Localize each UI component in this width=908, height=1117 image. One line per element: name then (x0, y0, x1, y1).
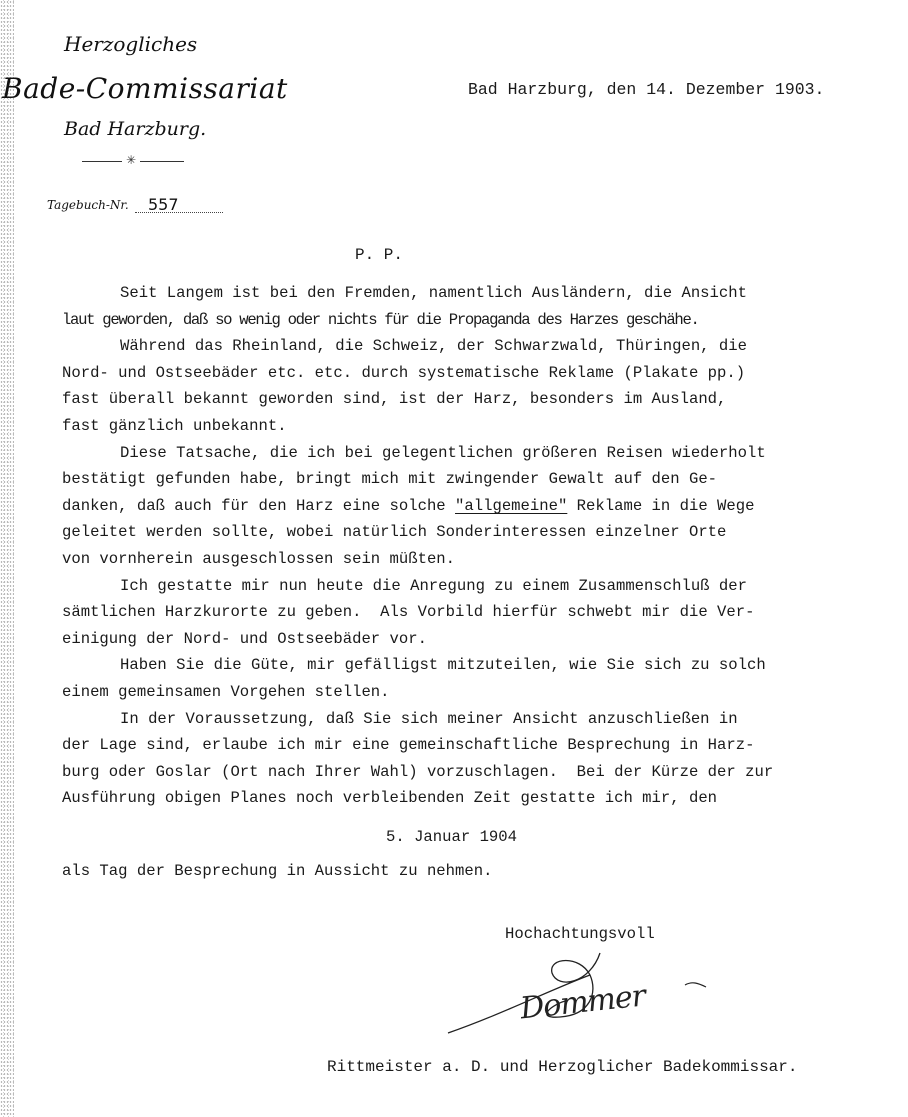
dateline: Bad Harzburg, den 14. Dezember 1903. (468, 80, 824, 99)
salutation: P. P. (355, 246, 403, 264)
paragraph-6: In der Voraussetzung, daß Sie sich meine… (62, 706, 872, 812)
letterhead-line-1: Herzogliches (64, 32, 197, 56)
paragraph-5: Haben Sie die Güte, mir gefälligst mitzu… (62, 652, 872, 705)
body-line: In der Voraussetzung, daß Sie sich meine… (62, 706, 872, 733)
ornament-star-icon: ✳ (126, 153, 136, 167)
body-line: der Lage sind, erlaube ich mir eine geme… (62, 732, 872, 759)
letter-body: Seit Langem ist bei den Fremden, namentl… (62, 280, 872, 812)
body-line: burg oder Goslar (Ort nach Ihrer Wahl) v… (62, 759, 872, 786)
complimentary-close: Hochachtungsvoll (505, 925, 655, 943)
signer-title: Rittmeister a. D. und Herzoglicher Badek… (327, 1058, 797, 1076)
body-line: von vornherein ausgeschlossen sein müßte… (62, 546, 872, 573)
letterhead-ornament-divider: ✳ (82, 156, 184, 168)
body-line: einem gemeinsamen Vorgehen stellen. (62, 679, 872, 706)
body-line: geleitet werden sollte, wobei natürlich … (62, 519, 872, 546)
divider-line-right (140, 161, 184, 162)
body-text-segment: danken, daß auch für den Harz eine solch… (62, 497, 455, 515)
paragraph-2: Während das Rheinland, die Schweiz, der … (62, 333, 872, 439)
body-line: bestätigt gefunden habe, bringt mich mit… (62, 466, 872, 493)
paragraph-1: Seit Langem ist bei den Fremden, namentl… (62, 280, 872, 333)
body-line: sämtlichen Harzkurorte zu geben. Als Vor… (62, 599, 872, 626)
body-text-segment: Reklame in die Wege (567, 497, 754, 515)
body-line: einigung der Nord- und Ostseebäder vor. (62, 626, 872, 653)
body-line: Nord- und Ostseebäder etc. etc. durch sy… (62, 360, 872, 387)
divider-line-left (82, 161, 122, 162)
body-line: Seit Langem ist bei den Fremden, namentl… (62, 280, 872, 307)
scan-edge-noise (0, 0, 14, 1117)
paragraph-3: Diese Tatsache, die ich bei gelegentlich… (62, 440, 872, 573)
body-line: Haben Sie die Güte, mir gefälligst mitzu… (62, 652, 872, 679)
body-line: Diese Tatsache, die ich bei gelegentlich… (62, 440, 872, 467)
body-line: fast gänzlich unbekannt. (62, 413, 872, 440)
body-line: Ich gestatte mir nun heute die Anregung … (62, 573, 872, 600)
journal-number-label: Tagebuch-Nr. (47, 198, 129, 212)
letterhead-city: Bad Harzburg. (64, 118, 206, 140)
body-line: fast überall bekannt geworden sind, ist … (62, 386, 872, 413)
journal-number-value: 557 (148, 195, 179, 214)
proposed-meeting-date: 5. Januar 1904 (386, 828, 517, 846)
closing-line: als Tag der Besprechung in Aussicht zu n… (62, 862, 492, 880)
underlined-emphasis: "allgemeine" (455, 497, 567, 515)
body-line: laut geworden, daß so wenig oder nichts … (62, 307, 872, 334)
body-line: Ausführung obigen Planes noch verbleiben… (62, 785, 872, 812)
paragraph-4: Ich gestatte mir nun heute die Anregung … (62, 573, 872, 653)
body-line: Während das Rheinland, die Schweiz, der … (62, 333, 872, 360)
body-line-with-emphasis: danken, daß auch für den Harz eine solch… (62, 493, 872, 520)
letterhead-institution: Bade-Commissariat (2, 72, 288, 105)
